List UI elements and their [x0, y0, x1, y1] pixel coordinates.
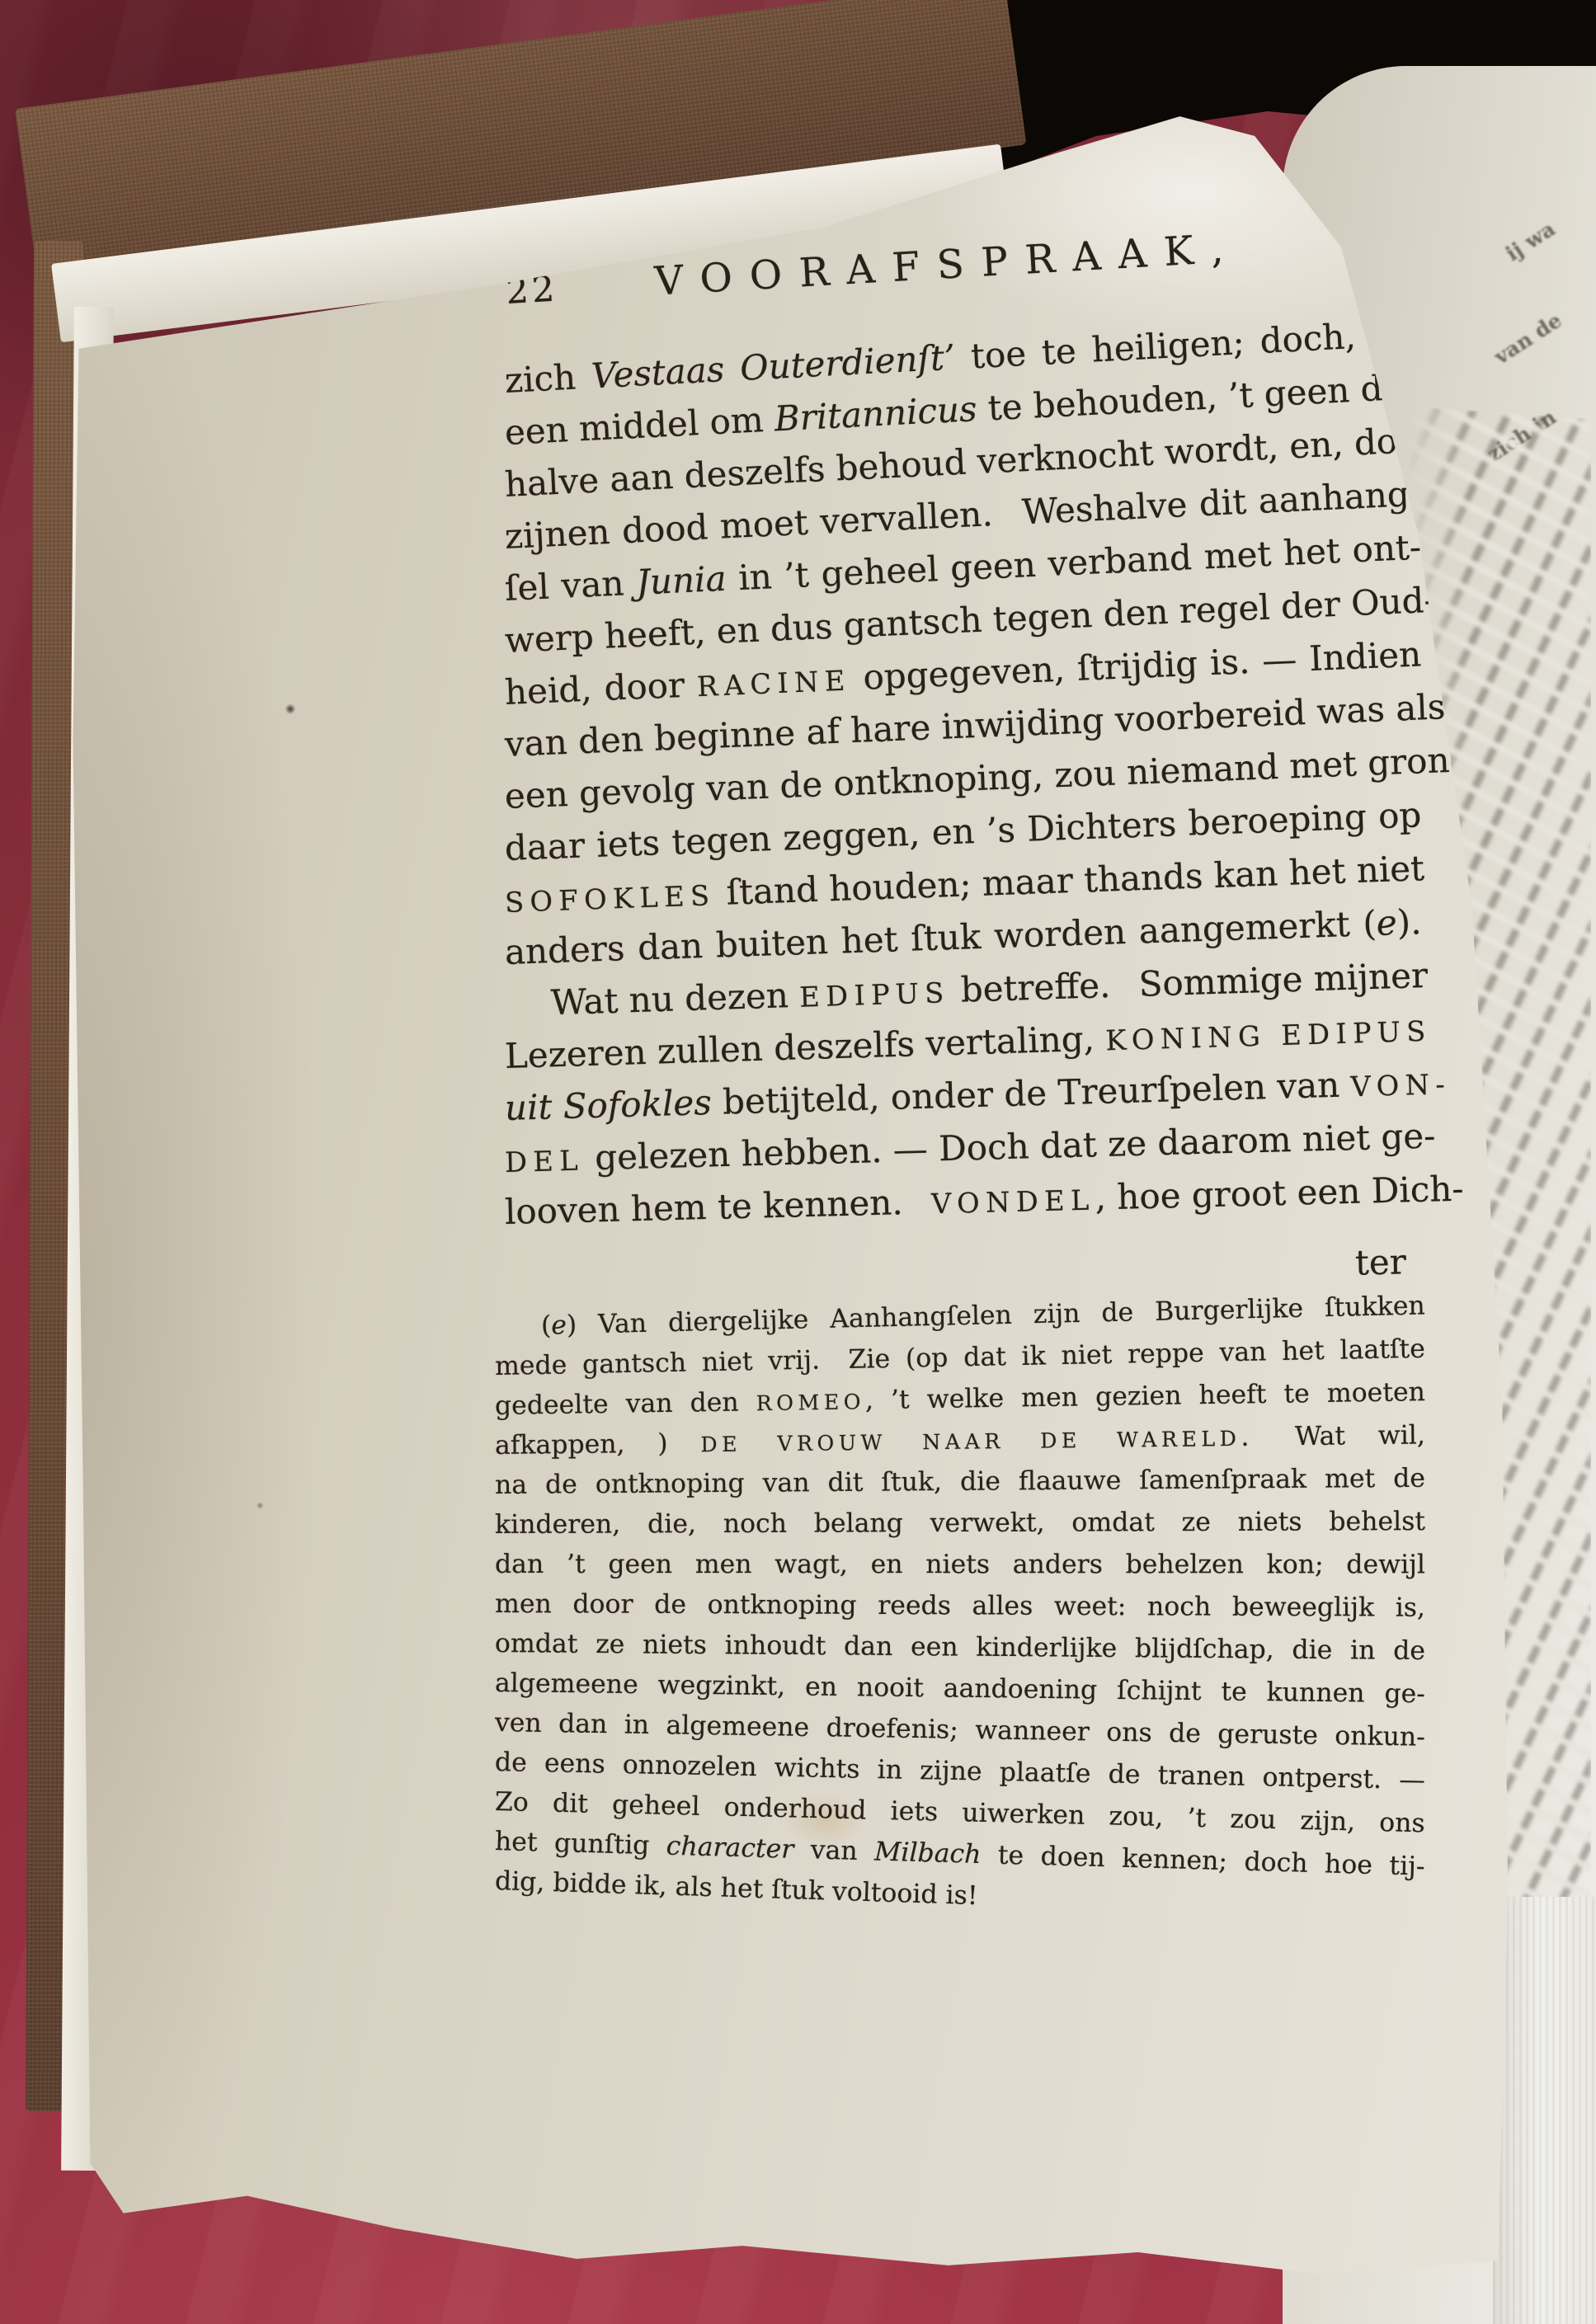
plain-text: looven hem te kennen. — [504, 1181, 931, 1232]
smallcaps-text: racine — [696, 664, 851, 703]
plain-text: heid, door — [504, 664, 698, 713]
plain-text: ). — [1396, 901, 1422, 943]
facing-page-text-fragment: ij wa — [1501, 217, 1559, 266]
text-line: omdat ze niets inhoudt dan een kinderlij… — [495, 1624, 1425, 1671]
plain-text: , hoe groot een Dich- — [1095, 1169, 1464, 1218]
text-line: na de ontknoping van dit ſtuk, die flaau… — [495, 1459, 1425, 1505]
plain-text: betreffe. Sommige mijner — [949, 955, 1429, 1010]
smallcaps-text: Vondel — [931, 1184, 1096, 1221]
plain-text: te doen kennen; doch hoe tij- — [981, 1840, 1425, 1882]
plain-text: , ’t welke men gezien heeft te moeten — [865, 1377, 1426, 1415]
smallcaps-text: de vrouw naar de wareld — [700, 1427, 1241, 1456]
plain-text: men door de ontknoping reeds alles weet:… — [495, 1589, 1425, 1623]
italic-text: e — [1376, 902, 1397, 943]
plain-text: afkappen, ) — [495, 1428, 701, 1461]
plain-text: ſel van — [504, 562, 637, 609]
plain-text: een middel om — [504, 398, 775, 452]
plain-text: van — [793, 1835, 875, 1867]
smallcaps-text: sofokles — [504, 879, 716, 919]
smallcaps-text: koning edipus — [1105, 1015, 1432, 1057]
plain-text: zich — [504, 356, 593, 401]
catchword: ter — [1354, 1241, 1406, 1282]
smallcaps-text: edipus — [799, 976, 950, 1014]
plain-text: . Wat wil, — [1241, 1420, 1425, 1451]
facing-page-text-fragment: van de — [1490, 308, 1565, 369]
smallcaps-text: del — [505, 1144, 585, 1178]
book-page: 22 VOORAFSPRAAK, zich Vestaas Outerdienſ… — [70, 106, 1509, 2276]
italic-text: e — [551, 1310, 567, 1340]
smallcaps-text: von- — [1350, 1068, 1452, 1103]
italic-text: character — [666, 1832, 793, 1865]
plain-text: Wat nu dezen — [550, 975, 800, 1023]
italic-text: Britannicus — [774, 388, 978, 439]
fore-edge-pages — [1493, 1897, 1596, 2324]
book-photo-scene: ij wavan dezich in 22 VOORAFSPRAAK, zich… — [0, 0, 1596, 2324]
italic-text: uit Sofokles — [504, 1082, 712, 1128]
plain-text: kinderen, die, noch belang verwekt, omda… — [495, 1507, 1425, 1540]
italic-text: Milbach — [874, 1837, 982, 1870]
smallcaps-text: romeo — [756, 1390, 866, 1415]
footnote-text: (e) Van diergelijke Aanhangſelen zijn de… — [495, 1307, 1425, 1901]
italic-text: Junia — [635, 558, 727, 603]
plain-text: het gunſtig — [495, 1827, 667, 1861]
body-text: zich Vestaas Outerdienſt’ toe te heilige… — [505, 355, 1422, 1238]
plain-text: omdat ze niets inhoudt dan een kinderlij… — [495, 1629, 1425, 1666]
plain-text: dig, bidde ik, als het ſtuk voltooid is! — [494, 1866, 978, 1911]
plain-text: gedeelte van den — [495, 1387, 756, 1421]
text-line: kinderen, die, noch belang verwekt, omda… — [495, 1502, 1425, 1545]
plain-text: na de ontknoping van dit ſtuk, die flaau… — [495, 1464, 1425, 1500]
text-line: men door de ontknoping reeds alles weet:… — [495, 1584, 1425, 1628]
text-line: dan ’t geen men wagt, en niets anders be… — [495, 1545, 1425, 1584]
plain-text: dan ’t geen men wagt, en niets anders be… — [495, 1550, 1425, 1579]
plain-text: algemeene wegzinkt, en nooit aandoening … — [495, 1668, 1425, 1709]
